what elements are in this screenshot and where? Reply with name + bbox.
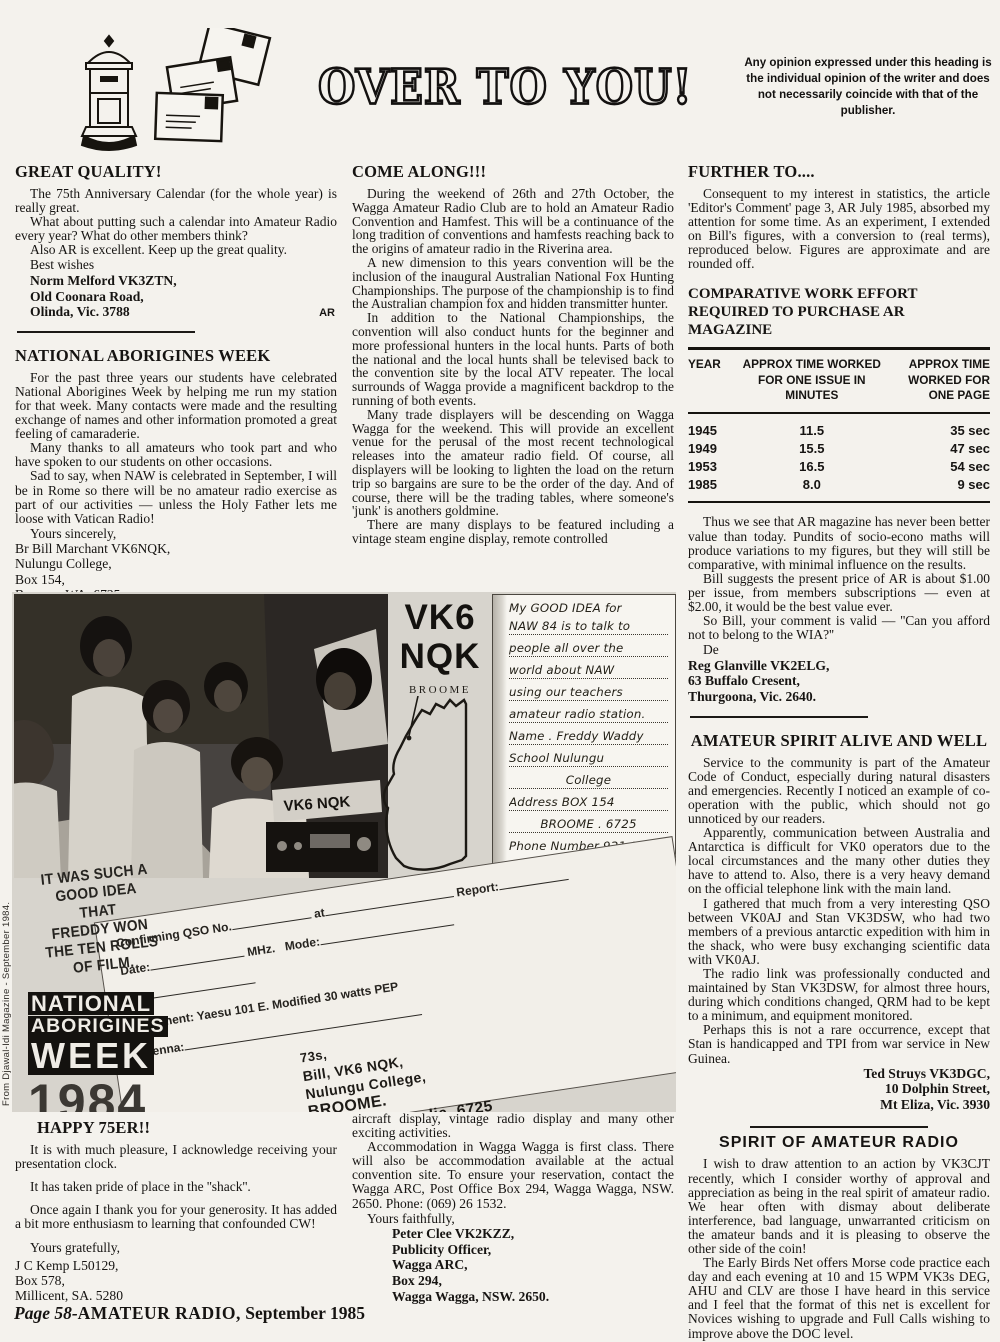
table-cell: 1945 bbox=[688, 413, 739, 440]
signature-line: Olinda, Vic. 3788 bbox=[30, 304, 337, 320]
note-line: College bbox=[509, 773, 668, 789]
paragraph: It has taken pride of place in the ''sha… bbox=[15, 1180, 337, 1194]
paragraph: Sad to say, when NAW is celebrated in Se… bbox=[15, 469, 337, 525]
article-heading-spirit-of-amateur-radio: SPIRIT OF AMATEUR RADIO bbox=[688, 1134, 990, 1152]
closing-line: Yours gratefully, bbox=[15, 1240, 337, 1256]
closing-line: Yours sincerely, bbox=[15, 526, 337, 542]
mailbox-icon bbox=[80, 33, 138, 153]
qsl-address-block: 73s, Bill, VK6 NQK, Nulungu College, BRO… bbox=[299, 993, 676, 1112]
qsl-label: Mode: bbox=[284, 934, 321, 953]
paragraph: A new dimension to this years convention… bbox=[352, 256, 674, 311]
signature-line: Nulungu College, bbox=[15, 556, 337, 571]
photo-credit: From Djawal-Idi Magazine - September 198… bbox=[1, 858, 15, 1150]
closing-line: Yours faithfully, bbox=[352, 1211, 674, 1227]
mailbox-drawing bbox=[80, 33, 138, 153]
note-line: Address BOX 154 bbox=[509, 795, 668, 811]
signature-line: Old Coonara Road, bbox=[30, 289, 337, 305]
signature-block: Norm Melford VK3ZTN, Old Coonara Road, O… bbox=[15, 273, 337, 320]
note-line: world about NAW bbox=[509, 663, 668, 679]
note-line: using our teachers bbox=[509, 685, 668, 701]
table-cell: 54 sec bbox=[884, 458, 990, 476]
paragraph: In addition to the National Championship… bbox=[352, 311, 674, 408]
paragraph: There are many displays to be featured i… bbox=[352, 518, 674, 546]
divider bbox=[750, 1126, 928, 1128]
signature-line: 63 Buffalo Cresent, bbox=[688, 673, 990, 689]
paragraph: Once again I thank you for your generosi… bbox=[15, 1203, 337, 1231]
signature-line: Br Bill Marchant VK6NQK, bbox=[15, 541, 337, 556]
paragraph: Apparently, communication between Austra… bbox=[688, 826, 990, 896]
table-title-line: COMPARATIVE WORK EFFORT bbox=[688, 285, 990, 303]
table-cell: 1985 bbox=[688, 476, 739, 503]
opinion-disclaimer: Any opinion expressed under this heading… bbox=[744, 55, 992, 119]
letters-drawing bbox=[148, 28, 278, 150]
paragraph: Also AR is excellent. Keep up the great … bbox=[15, 243, 337, 257]
divider bbox=[690, 716, 868, 718]
signature-line: Millicent, SA. 5280 bbox=[15, 1288, 337, 1303]
table-header: APPROX TIME WORKED FOR ONE ISSUE IN MINU… bbox=[739, 349, 884, 413]
note-line: Name . Freddy Waddy bbox=[509, 729, 668, 745]
table-title-line: REQUIRED TO PURCHASE AR MAGAZINE bbox=[688, 303, 990, 340]
note-line: NAW 84 is to talk to bbox=[509, 619, 668, 635]
footer-date: September 1985 bbox=[241, 1303, 365, 1323]
column-3: FURTHER TO.... Consequent to my interest… bbox=[688, 162, 990, 1341]
banner-line: ABORIGINES bbox=[28, 1016, 168, 1037]
table-cell: 11.5 bbox=[739, 413, 884, 440]
footer-page-label: Page 58- bbox=[14, 1303, 78, 1323]
photo-montage: VK6 NQK VK6 NQK BROOME My GOOD IDEA for … bbox=[12, 592, 676, 1112]
paragraph: The 75th Anniversary Calendar (for the w… bbox=[15, 187, 337, 215]
table-row: 1945 11.5 35 sec bbox=[688, 413, 990, 440]
article-heading-naw: NATIONAL ABORIGINES WEEK bbox=[15, 346, 337, 366]
signature-line: Mt Eliza, Vic. 3930 bbox=[688, 1097, 990, 1113]
column-2-bottom: aircraft display, vintage radio display … bbox=[352, 1112, 674, 1304]
page-footer: Page 58-AMATEUR RADIO, September 1985 bbox=[14, 1303, 365, 1324]
signature-block: Reg Glanville VK2ELG, 63 Buffalo Cresent… bbox=[688, 658, 990, 705]
paragraph: Bill suggests the present price of AR is… bbox=[688, 572, 990, 614]
article-heading-amateur-spirit: AMATEUR SPIRIT ALIVE AND WELL bbox=[688, 731, 990, 751]
signature-line: Box 294, bbox=[392, 1273, 674, 1289]
signature-line: 10 Dolphin Street, bbox=[688, 1081, 990, 1097]
paragraph: Thus we see that AR magazine has never b… bbox=[688, 515, 990, 571]
paragraph: Many trade displayers will be descending… bbox=[352, 408, 674, 518]
note-line: people all over the bbox=[509, 641, 668, 657]
callsign-line: VK6 bbox=[394, 598, 486, 637]
signature-block: Peter Clee VK2KZZ, Publicity Officer, Wa… bbox=[352, 1226, 674, 1304]
paragraph: I gathered that much from a very interes… bbox=[688, 897, 990, 967]
paragraph: aircraft display, vintage radio display … bbox=[352, 1112, 674, 1140]
signature-line: Wagga Wagga, NSW. 2650. bbox=[392, 1289, 674, 1305]
banner-line: NATIONAL bbox=[28, 992, 154, 1015]
banner-year: 1984 bbox=[28, 1077, 178, 1112]
table-row: 1949 15.5 47 sec bbox=[688, 440, 990, 458]
paragraph: It is with much pleasure, I acknowledge … bbox=[15, 1143, 337, 1171]
signature-line: Wagga ARC, bbox=[392, 1257, 674, 1273]
paragraph: The Early Birds Net offers Morse code pr… bbox=[688, 1256, 990, 1341]
paragraph: I wish to draw attention to an action by… bbox=[688, 1157, 990, 1256]
column-1-top: GREAT QUALITY! The 75th Anniversary Cale… bbox=[15, 162, 337, 602]
signature-line: Box 154, bbox=[15, 572, 337, 587]
naw-banner: NATIONAL ABORIGINES WEEK 1984 bbox=[28, 992, 178, 1112]
table-cell: 15.5 bbox=[739, 440, 884, 458]
signature-line: Peter Clee VK2KZZ, bbox=[392, 1226, 674, 1242]
signature-block: Ted Struys VK3DGC, 10 Dolphin Street, Mt… bbox=[688, 1066, 990, 1113]
note-line: School Nulungu bbox=[509, 751, 668, 767]
paragraph: What about putting such a calendar into … bbox=[15, 215, 337, 243]
note-line: My GOOD IDEA for bbox=[509, 601, 668, 615]
table-row: 1985 8.0 9 sec bbox=[688, 476, 990, 503]
table-title: COMPARATIVE WORK EFFORT REQUIRED TO PURC… bbox=[688, 285, 990, 340]
ar-end-mark: AR bbox=[319, 307, 335, 319]
article-heading-further-to: FURTHER TO.... bbox=[688, 162, 990, 182]
paragraph: Accommodation in Wagga Wagga is first cl… bbox=[352, 1140, 674, 1210]
work-effort-table: YEAR APPROX TIME WORKED FOR ONE ISSUE IN… bbox=[688, 347, 990, 503]
letters-icon bbox=[148, 28, 278, 150]
article-heading-great-quality: GREAT QUALITY! bbox=[15, 162, 337, 182]
paragraph: Perhaps this is not a rare occurrence, e… bbox=[688, 1023, 990, 1065]
page-title: OVER TO YOU! bbox=[318, 60, 690, 116]
signature-line: Norm Melford VK3ZTN, bbox=[30, 273, 337, 289]
table-row: 1953 16.5 54 sec bbox=[688, 458, 990, 476]
closing-line: De bbox=[688, 642, 990, 658]
paragraph: Service to the community is part of the … bbox=[688, 756, 990, 826]
paragraph: For the past three years our students ha… bbox=[15, 371, 337, 441]
table-header: APPROX TIME WORKED FOR ONE PAGE bbox=[884, 349, 990, 413]
signature-line: Ted Struys VK3DGC, bbox=[688, 1066, 990, 1082]
table-cell: 1953 bbox=[688, 458, 739, 476]
column-1-bottom: HAPPY 75ER!! It is with much pleasure, I… bbox=[15, 1118, 337, 1304]
signature-line: Box 578, bbox=[15, 1273, 337, 1288]
signature-line: Reg Glanville VK2ELG, bbox=[688, 658, 990, 674]
paragraph: So Bill, your comment is valid — ''Can y… bbox=[688, 614, 990, 642]
film-prize-note: IT WAS SUCH A GOOD IDEA THAT FREDDY WON … bbox=[19, 859, 179, 984]
table-cell: 47 sec bbox=[884, 440, 990, 458]
paragraph: Many thanks to all amateurs who took par… bbox=[15, 441, 337, 469]
western-australia-map bbox=[378, 696, 490, 878]
article-heading-come-along: COME ALONG!!! bbox=[352, 162, 674, 182]
table-cell: 35 sec bbox=[884, 413, 990, 440]
closing-line: Best wishes bbox=[15, 257, 337, 273]
signature-line: Publicity Officer, bbox=[392, 1242, 674, 1258]
paragraph: The radio link was professionally conduc… bbox=[688, 967, 990, 1023]
broome-label: BROOME bbox=[398, 684, 482, 696]
qsl-label: MHz. bbox=[246, 941, 276, 959]
signature-line: J C Kemp L50129, bbox=[15, 1258, 337, 1273]
callsign-text: VK6 NQK bbox=[394, 598, 486, 676]
paragraph: Consequent to my interest in statistics,… bbox=[688, 187, 990, 272]
qsl-label: Report: bbox=[455, 879, 499, 899]
banner-line: WEEK bbox=[28, 1037, 154, 1075]
table-cell: 8.0 bbox=[739, 476, 884, 503]
table-cell: 9 sec bbox=[884, 476, 990, 503]
article-heading-happy-75er: HAPPY 75ER!! bbox=[37, 1118, 337, 1138]
footer-magazine-name: AMATEUR RADIO, bbox=[78, 1303, 241, 1323]
column-2-top: COME ALONG!!! During the weekend of 26th… bbox=[352, 162, 674, 546]
note-line: amateur radio station. bbox=[509, 707, 668, 723]
table-header: YEAR bbox=[688, 349, 739, 413]
paragraph: During the weekend of 26th and 27th Octo… bbox=[352, 187, 674, 256]
signature-line: Thurgoona, Vic. 2640. bbox=[688, 689, 990, 705]
note-line: BROOME . 6725 bbox=[509, 817, 668, 833]
table-cell: 16.5 bbox=[739, 458, 884, 476]
signature-block: J C Kemp L50129, Box 578, Millicent, SA.… bbox=[15, 1258, 337, 1304]
divider bbox=[17, 331, 195, 333]
table-cell: 1949 bbox=[688, 440, 739, 458]
group-photo: VK6 NQK bbox=[14, 594, 388, 878]
callsign-line: NQK bbox=[394, 637, 486, 676]
